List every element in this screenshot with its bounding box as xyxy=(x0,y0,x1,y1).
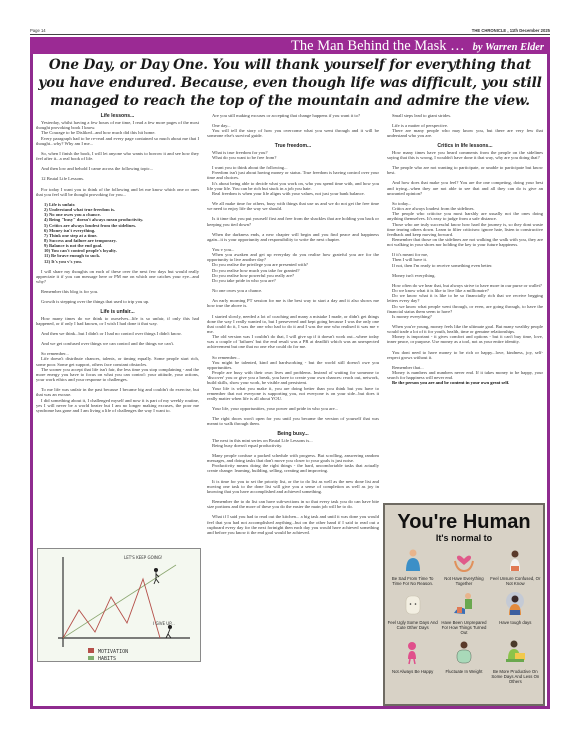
person-weight-icon xyxy=(451,639,477,665)
paragraph: The sooner you accept that life isn't fa… xyxy=(36,367,199,382)
paragraph: Is it time that you put yourself first a… xyxy=(207,216,379,226)
stressed-person-icon xyxy=(502,591,528,617)
paragraph: 12 Brutal Life Lessons. xyxy=(36,176,199,181)
paragraph: And how does that make you feel? You are… xyxy=(387,180,543,195)
paragraph: When the darkness ends, a new chapter wi… xyxy=(207,232,379,242)
paragraph: And then we think...but I didn't or I ha… xyxy=(36,331,199,336)
paragraph: I will share my thoughts on each of thes… xyxy=(36,269,199,284)
sad-person-icon xyxy=(400,547,426,573)
section-heading: Being busy... xyxy=(207,432,379,437)
laptop-person-icon xyxy=(502,639,528,665)
paragraph: Do you take pride in who you are? xyxy=(207,278,379,283)
paragraph: It's about being able to decide what you… xyxy=(207,181,379,191)
poster-title: You're Human xyxy=(385,511,543,533)
paragraph: Every paragraph had to be re-read and ev… xyxy=(36,136,199,146)
paragraph: How many times do we think to ourselves.… xyxy=(36,316,199,326)
youre-human-poster: You're Human It's normal to Be Sad From … xyxy=(383,503,545,706)
confused-person-icon xyxy=(502,547,528,573)
page-number: Page 14 xyxy=(30,28,46,33)
paragraph: How many times have you heard comments f… xyxy=(387,150,543,160)
paragraph: The people who are not wanting to partic… xyxy=(387,165,543,175)
paragraph: When you're young, money feels like the … xyxy=(387,324,543,334)
paragraph: And then low and behold I came across th… xyxy=(36,166,199,171)
list-item: 12) It's you v's you. xyxy=(44,259,199,264)
paragraph: Growth is stepping over the things that … xyxy=(36,299,199,304)
headline: One Day, or Day One. You will thank your… xyxy=(36,56,544,110)
paragraph: Yesterday, whilst having a few hours of … xyxy=(36,120,199,130)
paragraph: Remember the to do list can have sub-sec… xyxy=(207,499,379,509)
paragraph: Remember that those on the sidelines are… xyxy=(387,237,543,247)
motivation-habits-image: LET'S KEEP GOING! I GIVE UP... MOTIVATIO… xyxy=(37,548,201,662)
paragraph: It is time for you to set the priority l… xyxy=(207,479,379,494)
paragraph: Productivity means doing the right thing… xyxy=(207,463,379,473)
paragraph: To me life was unfair in the past becaus… xyxy=(36,387,199,397)
paragraph: So, when I finish the book, I will let a… xyxy=(36,151,199,161)
paragraph: Money isn't everything. xyxy=(387,273,543,278)
paragraph: No one owes you a chance. xyxy=(207,288,379,293)
paragraph: Money is numbers and numbers never end. … xyxy=(387,370,543,380)
column-title: The Man Behind the Mask … xyxy=(291,38,465,54)
closing-statement: Be the person you are and be content in … xyxy=(387,380,543,385)
masthead-date: THE CHRONICLE , 11th December 2025 xyxy=(472,28,550,33)
poster-item: Feel Ugly Some Days And Cute Other Days xyxy=(387,591,438,636)
paragraph: Are you still making excuses or acceptin… xyxy=(207,113,379,118)
svg-text:MOTIVATION: MOTIVATION xyxy=(98,649,128,655)
paragraph: Money is important - it gives comfort an… xyxy=(387,334,543,344)
byline: by Warren Elder xyxy=(473,42,544,53)
paragraph: The people who criticise you most harshl… xyxy=(387,211,543,221)
paragraph: You dont need to have money to be rich o… xyxy=(387,350,543,360)
poster-item: Be More Productive On Some Days And Less… xyxy=(490,639,541,684)
paragraph: The old version was I couldn't do that, … xyxy=(207,334,379,349)
svg-text:I GIVE UP...: I GIVE UP... xyxy=(153,621,175,626)
paragraph: Many people confuse a packed schedule wi… xyxy=(207,453,379,463)
column-1: Life lessons... Yesterday, whilst having… xyxy=(36,113,199,418)
column-2: Are you still making excuses or acceptin… xyxy=(207,113,379,540)
paragraph: For today I want you to think of the fol… xyxy=(36,187,199,197)
paragraph: Real freedom is when your life aligns wi… xyxy=(207,191,379,196)
paragraph: Your life, your opportunities, your powe… xyxy=(207,406,379,411)
folio-line: Page 14 THE CHRONICLE , 11th December 20… xyxy=(30,27,550,35)
poster-subtitle: It's normal to xyxy=(385,533,543,544)
poster-item: Have Been Unprepared For How Things Turn… xyxy=(438,591,489,636)
marshmallow-icon xyxy=(400,591,426,617)
paragraph: What if I said you had to read out the k… xyxy=(207,514,379,535)
poster-item: Fluctuate In Weight xyxy=(438,639,489,684)
paragraph: And we get confused over things we can c… xyxy=(36,341,199,346)
svg-text:LET'S KEEP GOING!: LET'S KEEP GOING! xyxy=(124,555,163,560)
paragraph: I started slowly, needed a lot of coachi… xyxy=(207,314,379,335)
paragraph: There are many people who may know you, … xyxy=(387,128,543,138)
paragraph: Do we know what people went through, or … xyxy=(387,304,543,314)
paragraph: Is money everything? xyxy=(387,314,543,319)
section-heading: Life lessons... xyxy=(36,114,199,119)
poster-item: Have tough days xyxy=(490,591,541,636)
column-3: Small steps lead to giant strides. Life … xyxy=(387,113,543,391)
paragraph: An early morning PT session for me is th… xyxy=(207,298,379,308)
paragraph: People are busy with their own lives and… xyxy=(207,370,379,385)
sitting-people-icon xyxy=(451,591,477,617)
paragraph: You will tell the story of how you overc… xyxy=(207,128,379,138)
paragraph: Being busy doesn't equal productivity. xyxy=(207,443,379,448)
poster-grid: Be Sad From Time To Time For No Reason. … xyxy=(387,547,541,684)
paragraph: Remember this blog is for you. xyxy=(36,289,199,294)
paragraph: When you awaken and get up everyday do y… xyxy=(207,252,379,262)
poster-item: Feel Unsure Confused, Or Not Know xyxy=(490,547,541,587)
motivation-habits-graph: LET'S KEEP GOING! I GIVE UP... MOTIVATIO… xyxy=(38,549,200,661)
section-heading: Critics in life lessons... xyxy=(387,144,543,149)
svg-text:HABITS: HABITS xyxy=(98,656,116,661)
paragraph: Do we know what it is like to be so fina… xyxy=(387,293,543,303)
lessons-list: 1) Life is unfair. 2) Understand what tr… xyxy=(44,202,199,264)
paragraph: Freedom isn't just about having money or… xyxy=(207,170,379,180)
paragraph: Life doesn't distribute chances, talents… xyxy=(36,356,199,366)
section-heading: Life is unfair... xyxy=(36,310,199,315)
paragraph: You might be talented, kind and hardwork… xyxy=(207,360,379,370)
paragraph: If not, then I'm ready to receive someth… xyxy=(387,263,543,268)
column-banner: The Man Behind the Mask … by Warren Elde… xyxy=(30,37,550,54)
heart-hands-icon xyxy=(451,547,477,573)
paragraph: What do you want to be free from? xyxy=(207,155,379,160)
paragraph: We all make time for others, busy with t… xyxy=(207,201,379,211)
paragraph: Those who are truly successful know how … xyxy=(387,222,543,237)
paragraph: Your life is what you make it, you are d… xyxy=(207,386,379,401)
paragraph: I did something about it, I challenged m… xyxy=(36,398,199,413)
poster-item: Not Always Be Happy xyxy=(387,639,438,684)
poster-item: Be Sad From Time To Time For No Reason. xyxy=(387,547,438,587)
paragraph: The right doors won't open for you until… xyxy=(207,416,379,426)
section-heading: True freedom... xyxy=(207,144,379,149)
poster-item: Not Have Everything Together xyxy=(438,547,489,587)
crying-girl-icon xyxy=(400,639,426,665)
paragraph: Small steps lead to giant strides. xyxy=(387,113,543,118)
